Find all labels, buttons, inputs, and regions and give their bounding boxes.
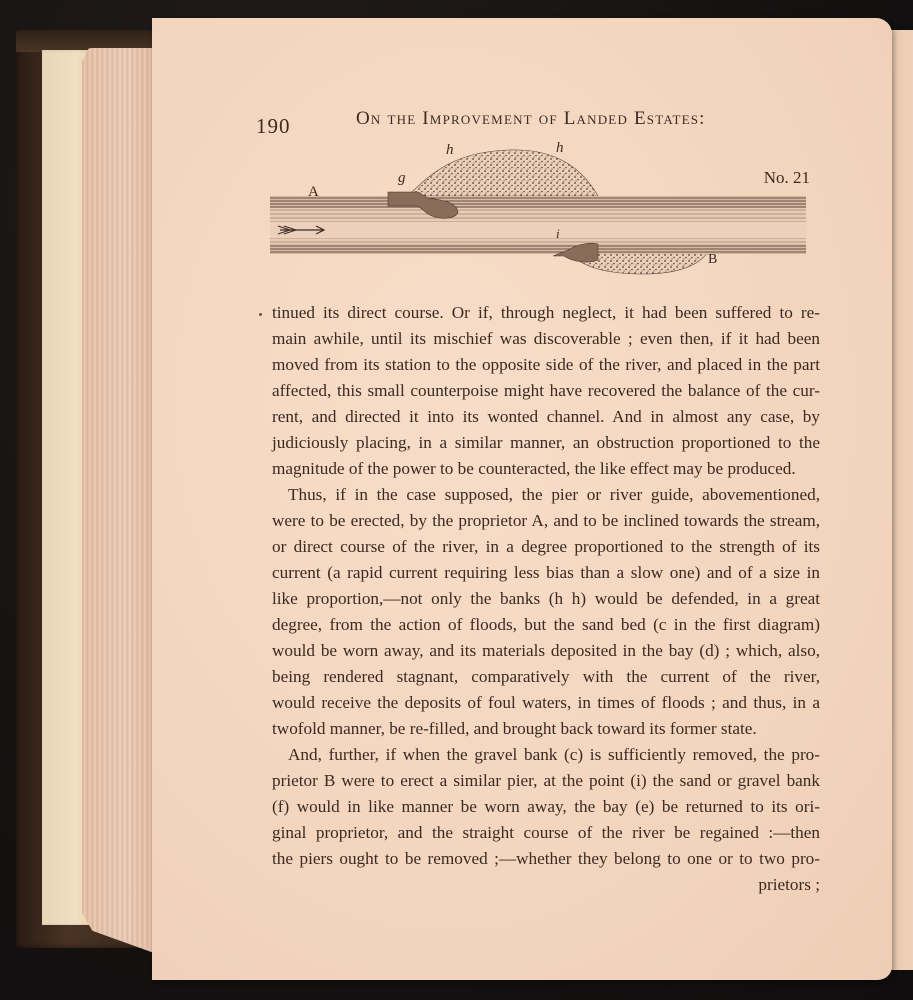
text-line: ginal proprietor, and the straight cours… <box>272 820 820 846</box>
text-line: being rendered stagnant, comparatively w… <box>272 664 820 690</box>
text-line: would receive the deposits of foul water… <box>272 690 820 716</box>
text-line: twofold manner, be re-filled, and brough… <box>272 716 820 742</box>
label-h-left: h <box>446 142 454 159</box>
label-B: B <box>708 252 717 268</box>
text-line: prietor B were to erect a similar pier, … <box>272 768 820 794</box>
text-line: degree, from the action of floods, but t… <box>272 612 820 638</box>
text-line: And, further, if when the gravel bank (c… <box>272 742 820 768</box>
text-line: main awhile, until its mischief was disc… <box>272 326 820 352</box>
margin-mark <box>259 313 262 316</box>
river-diagram: A g h h i B No. 21 <box>268 140 820 282</box>
text-line: like proportion,—not only the banks (h h… <box>272 586 820 612</box>
text-line: or direct course of the river, in a degr… <box>272 534 820 560</box>
river-diagram-illustration <box>268 140 820 282</box>
text-line: tinued its direct course. Or if, through… <box>272 300 820 326</box>
label-g: g <box>398 170 406 187</box>
text-line: rent, and directed it into its wonted ch… <box>272 404 820 430</box>
text-line: (f) would in like manner be worn away, t… <box>272 794 820 820</box>
page-number: 190 <box>256 114 291 139</box>
text-line: would be worn away, and its materials de… <box>272 638 820 664</box>
catchword: prietors ; <box>272 872 820 898</box>
running-title: On the Improvement of Landed Estates: <box>356 108 706 130</box>
label-h-right: h <box>556 140 564 157</box>
label-A: A <box>308 184 319 201</box>
label-i: i <box>556 226 560 242</box>
figure-number: No. 21 <box>764 168 810 188</box>
text-line: were to be erected, by the proprietor A,… <box>272 508 820 534</box>
running-head: 190 On the Improvement of Landed Estates… <box>256 108 826 134</box>
text-line: current (a rapid current requiring less … <box>272 560 820 586</box>
text-line: moved from its station to the opposite s… <box>272 352 820 378</box>
text-line: affected, this small counterpoise might … <box>272 378 820 404</box>
text-line: judiciously placing, in a similar manner… <box>272 430 820 456</box>
text-line: Thus, if in the case supposed, the pier … <box>272 482 820 508</box>
body-text: tinued its direct course. Or if, through… <box>272 300 820 898</box>
text-line: magnitude of the power to be counteracte… <box>272 456 820 482</box>
text-line: the piers ought to be removed ;—whether … <box>272 846 820 872</box>
